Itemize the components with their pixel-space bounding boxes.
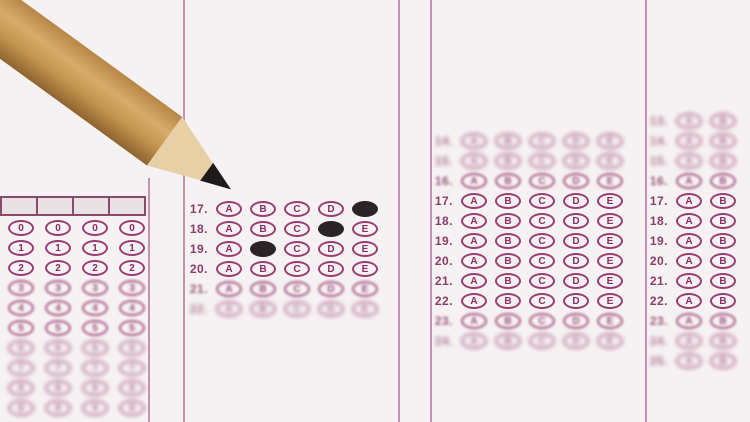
answer-bubble: D: [318, 301, 344, 317]
id-digit-bubble: 9: [8, 400, 34, 416]
id-digit-bubble: 6: [119, 340, 145, 356]
question-number: 24.: [425, 334, 453, 348]
id-digit-bubble: 0: [8, 220, 34, 236]
answer-bubble: E: [597, 313, 623, 329]
answer-bubble: B: [710, 353, 736, 369]
answer-row: 17.ABCDE: [425, 192, 623, 210]
divider: [148, 178, 150, 422]
answer-bubble: A: [216, 281, 242, 297]
question-number: 18.: [425, 214, 453, 228]
id-digit-column: 0123456789: [8, 220, 34, 416]
answer-bubble: C: [284, 221, 310, 237]
answer-bubble: C: [529, 213, 555, 229]
id-digit-bubble: 3: [82, 280, 108, 296]
answer-bubble: C: [529, 193, 555, 209]
id-digit-bubble: 4: [45, 300, 71, 316]
answer-bubble: E: [352, 201, 378, 217]
id-digit-bubble: 8: [8, 380, 34, 396]
id-digit-bubble: 2: [45, 260, 71, 276]
answer-bubble: A: [461, 253, 487, 269]
id-digit-bubble: 5: [82, 320, 108, 336]
id-digit-bubble: 5: [119, 320, 145, 336]
answer-bubble: B: [250, 241, 276, 257]
student-id-grid: 0123456789012345678901234567890123456789: [0, 178, 150, 422]
question-number: 15.: [640, 154, 668, 168]
answer-bubble: B: [710, 113, 736, 129]
answer-bubble: B: [495, 133, 521, 149]
answer-bubble: A: [676, 273, 702, 289]
id-digit-bubble: 4: [119, 300, 145, 316]
answer-row: 15.AB: [640, 152, 736, 170]
answer-row: 24.ABCDE: [425, 332, 623, 350]
answer-row: 15.ABCDE: [425, 152, 623, 170]
answer-bubble: B: [495, 173, 521, 189]
answer-bubble: D: [318, 241, 344, 257]
answer-bubble: C: [284, 281, 310, 297]
answer-row: 23.ABCDE: [425, 312, 623, 330]
id-digit-bubble: 0: [45, 220, 71, 236]
id-digit-bubble: 1: [119, 240, 145, 256]
answer-bubble: E: [597, 293, 623, 309]
answer-row: 16.ABCDE: [425, 172, 623, 190]
question-number: 22.: [640, 294, 668, 308]
question-number: 17.: [640, 194, 668, 208]
answer-bubble: B: [250, 301, 276, 317]
answer-bubble: A: [676, 193, 702, 209]
answer-bubble: E: [597, 173, 623, 189]
answer-bubble: B: [710, 273, 736, 289]
question-number: 20.: [640, 254, 668, 268]
answer-bubble: D: [563, 133, 589, 149]
id-box: [72, 198, 108, 214]
answer-row: 22.AB: [640, 292, 736, 310]
answer-bubble: A: [676, 113, 702, 129]
answer-bubble: A: [676, 333, 702, 349]
answer-bubble: A: [676, 213, 702, 229]
answer-bubble: C: [529, 293, 555, 309]
answer-bubble: D: [563, 153, 589, 169]
answer-bubble: B: [710, 173, 736, 189]
answer-bubble: B: [495, 313, 521, 329]
answer-bubble: A: [461, 233, 487, 249]
answer-bubble: B: [250, 261, 276, 277]
answer-bubble: C: [529, 253, 555, 269]
answer-bubble: B: [495, 333, 521, 349]
answer-bubble: B: [710, 133, 736, 149]
id-digit-bubble: 2: [82, 260, 108, 276]
answer-bubble: B: [250, 221, 276, 237]
answer-bubble: E: [597, 233, 623, 249]
answer-bubble: A: [216, 241, 242, 257]
right-answer-column: 14.ABCDE15.ABCDE16.ABCDE17.ABCDE18.ABCDE…: [425, 0, 645, 422]
answer-bubble: D: [563, 173, 589, 189]
answer-bubble: D: [563, 313, 589, 329]
answer-bubble: A: [461, 193, 487, 209]
answer-bubble: D: [318, 201, 344, 217]
question-number: 20.: [180, 262, 208, 276]
answer-bubble: D: [318, 221, 344, 237]
answer-row: 14.AB: [640, 132, 736, 150]
answer-bubble: D: [563, 213, 589, 229]
id-digit-bubble: 1: [8, 240, 34, 256]
answer-row: 22.ABCDE: [425, 292, 623, 310]
answer-bubble: C: [284, 241, 310, 257]
id-digit-bubble: 7: [45, 360, 71, 376]
answer-bubble: D: [563, 253, 589, 269]
answer-bubble: E: [597, 153, 623, 169]
id-digit-bubble: 5: [8, 320, 34, 336]
id-box: [108, 198, 144, 214]
answer-bubble: B: [710, 233, 736, 249]
id-digit-bubble: 4: [82, 300, 108, 316]
answer-bubble: A: [676, 153, 702, 169]
answer-row: 25.AB: [640, 352, 736, 370]
answer-bubble: D: [318, 261, 344, 277]
answer-row: 24.AB: [640, 332, 736, 350]
answer-row: 21.AB: [640, 272, 736, 290]
answer-row: 23.AB: [640, 312, 736, 330]
answer-bubble: B: [710, 333, 736, 349]
answer-bubble: A: [216, 301, 242, 317]
answer-bubble: E: [352, 261, 378, 277]
id-digit-bubble: 2: [8, 260, 34, 276]
id-digit-bubble: 9: [119, 400, 145, 416]
question-number: 18.: [640, 214, 668, 228]
answer-bubble: E: [352, 281, 378, 297]
id-box: [0, 198, 36, 214]
answer-bubble: E: [597, 213, 623, 229]
id-digit-bubble: 8: [45, 380, 71, 396]
answer-bubble: B: [495, 233, 521, 249]
answer-row: 17.AB: [640, 192, 736, 210]
answer-row: 20.AB: [640, 252, 736, 270]
far-right-answer-column: 13.AB14.AB15.AB16.AB17.AB18.AB19.AB20.AB…: [640, 0, 750, 422]
question-number: 22.: [180, 302, 208, 316]
question-number: 21.: [180, 282, 208, 296]
answer-bubble: D: [563, 233, 589, 249]
answer-bubble: D: [563, 273, 589, 289]
answer-row: 14.ABCDE: [425, 132, 623, 150]
answer-bubble: D: [563, 293, 589, 309]
id-digit-bubble: 0: [119, 220, 145, 236]
id-digit-bubble: 0: [82, 220, 108, 236]
question-number: 14.: [640, 134, 668, 148]
answer-bubble: A: [676, 133, 702, 149]
answer-bubble: B: [710, 253, 736, 269]
question-number: 21.: [425, 274, 453, 288]
answer-row: 18.ABCDE: [425, 212, 623, 230]
answer-bubble: D: [318, 281, 344, 297]
answer-bubble: E: [597, 193, 623, 209]
question-number: 18.: [180, 222, 208, 236]
answer-bubble: C: [529, 133, 555, 149]
answer-bubble: A: [461, 153, 487, 169]
answer-bubble: A: [461, 293, 487, 309]
answer-bubble: E: [597, 273, 623, 289]
answer-row: 18.AB: [640, 212, 736, 230]
answer-bubble: B: [710, 193, 736, 209]
answer-bubble: B: [250, 281, 276, 297]
question-number: 19.: [180, 242, 208, 256]
id-digit-column: 0123456789: [119, 220, 145, 416]
answer-bubble: C: [529, 273, 555, 289]
id-digit-bubble: 3: [119, 280, 145, 296]
answer-row: 22.ABCDE: [180, 300, 378, 318]
question-number: 16.: [640, 174, 668, 188]
answer-bubble: A: [461, 313, 487, 329]
question-number: 13.: [640, 114, 668, 128]
answer-bubble: A: [461, 133, 487, 149]
question-number: 15.: [425, 154, 453, 168]
answer-row: 21.ABCDE: [180, 280, 378, 298]
answer-bubble: B: [495, 273, 521, 289]
answer-bubble: C: [284, 261, 310, 277]
answer-bubble: B: [710, 153, 736, 169]
id-digit-bubble: 1: [82, 240, 108, 256]
id-digit-bubble: 4: [8, 300, 34, 316]
id-digit-bubble: 2: [119, 260, 145, 276]
question-number: 17.: [425, 194, 453, 208]
answer-bubble: A: [461, 213, 487, 229]
id-digit-bubble: 9: [45, 400, 71, 416]
question-number: 21.: [640, 274, 668, 288]
id-digit-bubble: 7: [119, 360, 145, 376]
id-digit-bubble: 7: [8, 360, 34, 376]
id-digit-bubble: 6: [45, 340, 71, 356]
question-number: 23.: [425, 314, 453, 328]
answer-bubble: A: [461, 333, 487, 349]
answer-bubble: E: [352, 301, 378, 317]
answer-bubble: E: [352, 221, 378, 237]
answer-row: 21.ABCDE: [425, 272, 623, 290]
answer-bubble: A: [216, 261, 242, 277]
question-number: 22.: [425, 294, 453, 308]
answer-bubble: E: [597, 133, 623, 149]
answer-bubble: B: [710, 213, 736, 229]
id-digit-bubble: 5: [45, 320, 71, 336]
id-digit-bubble: 7: [82, 360, 108, 376]
pencil-body: [0, 0, 182, 165]
answer-row: 18.ABCDE: [180, 220, 378, 238]
answer-bubble: C: [529, 233, 555, 249]
id-digit-bubble: 3: [45, 280, 71, 296]
id-digit-bubble: 9: [82, 400, 108, 416]
id-digit-bubble: 3: [8, 280, 34, 296]
answer-bubble: B: [495, 193, 521, 209]
answer-bubble: A: [676, 173, 702, 189]
answer-row: 13.AB: [640, 112, 736, 130]
answer-bubble: A: [461, 273, 487, 289]
answer-row: 19.ABCDE: [425, 232, 623, 250]
answer-bubble: C: [529, 173, 555, 189]
answer-bubble: C: [529, 153, 555, 169]
question-number: 19.: [640, 234, 668, 248]
answer-bubble: B: [710, 293, 736, 309]
id-digit-bubble: 6: [8, 340, 34, 356]
answer-row: 20.ABCDE: [180, 260, 378, 278]
id-digit-column: 0123456789: [82, 220, 108, 416]
answer-bubble: B: [495, 213, 521, 229]
answer-bubble: B: [495, 153, 521, 169]
id-digit-bubble: 8: [82, 380, 108, 396]
answer-bubble: A: [676, 253, 702, 269]
answer-bubble: D: [563, 193, 589, 209]
answer-bubble: A: [676, 313, 702, 329]
answer-bubble: C: [529, 313, 555, 329]
answer-bubble: C: [529, 333, 555, 349]
answer-bubble: C: [284, 301, 310, 317]
answer-bubble: E: [597, 253, 623, 269]
answer-bubble: E: [597, 333, 623, 349]
answer-row: 20.ABCDE: [425, 252, 623, 270]
answer-bubble: C: [284, 201, 310, 217]
id-digit-bubble: 6: [82, 340, 108, 356]
id-digit-bubble: 1: [45, 240, 71, 256]
id-write-boxes: [0, 196, 146, 216]
answer-bubble: B: [710, 313, 736, 329]
answer-bubble: A: [461, 173, 487, 189]
question-number: 14.: [425, 134, 453, 148]
id-box: [36, 198, 72, 214]
question-number: 19.: [425, 234, 453, 248]
question-number: 25.: [640, 354, 668, 368]
answer-bubble: B: [495, 293, 521, 309]
answer-bubble: D: [563, 333, 589, 349]
answer-row: 16.AB: [640, 172, 736, 190]
answer-sheet-photo: 0123456789012345678901234567890123456789…: [0, 0, 750, 422]
question-number: 24.: [640, 334, 668, 348]
answer-bubble: B: [495, 253, 521, 269]
answer-bubble: A: [676, 233, 702, 249]
question-number: 23.: [640, 314, 668, 328]
id-digit-column: 0123456789: [45, 220, 71, 416]
answer-row: 19.ABCDE: [180, 240, 378, 258]
answer-bubble: A: [676, 293, 702, 309]
id-digit-bubble: 8: [119, 380, 145, 396]
answer-bubble: E: [352, 241, 378, 257]
question-number: 16.: [425, 174, 453, 188]
answer-bubble: A: [676, 353, 702, 369]
answer-row: 19.AB: [640, 232, 736, 250]
question-number: 20.: [425, 254, 453, 268]
